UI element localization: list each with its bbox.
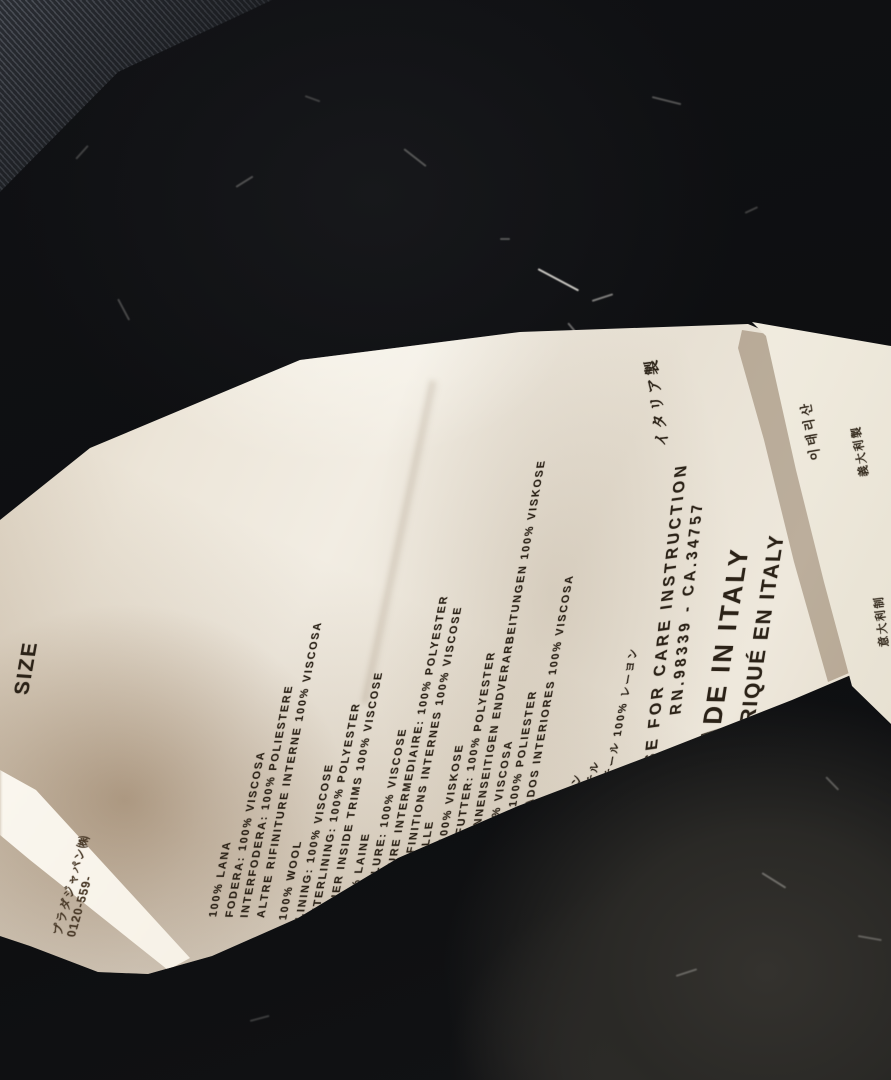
garment-care-label-photo: SIZE プラダジャパン㈱ 0120-559- 100% LANA FODERA… xyxy=(0,0,891,1080)
lint-fiber xyxy=(500,238,510,240)
